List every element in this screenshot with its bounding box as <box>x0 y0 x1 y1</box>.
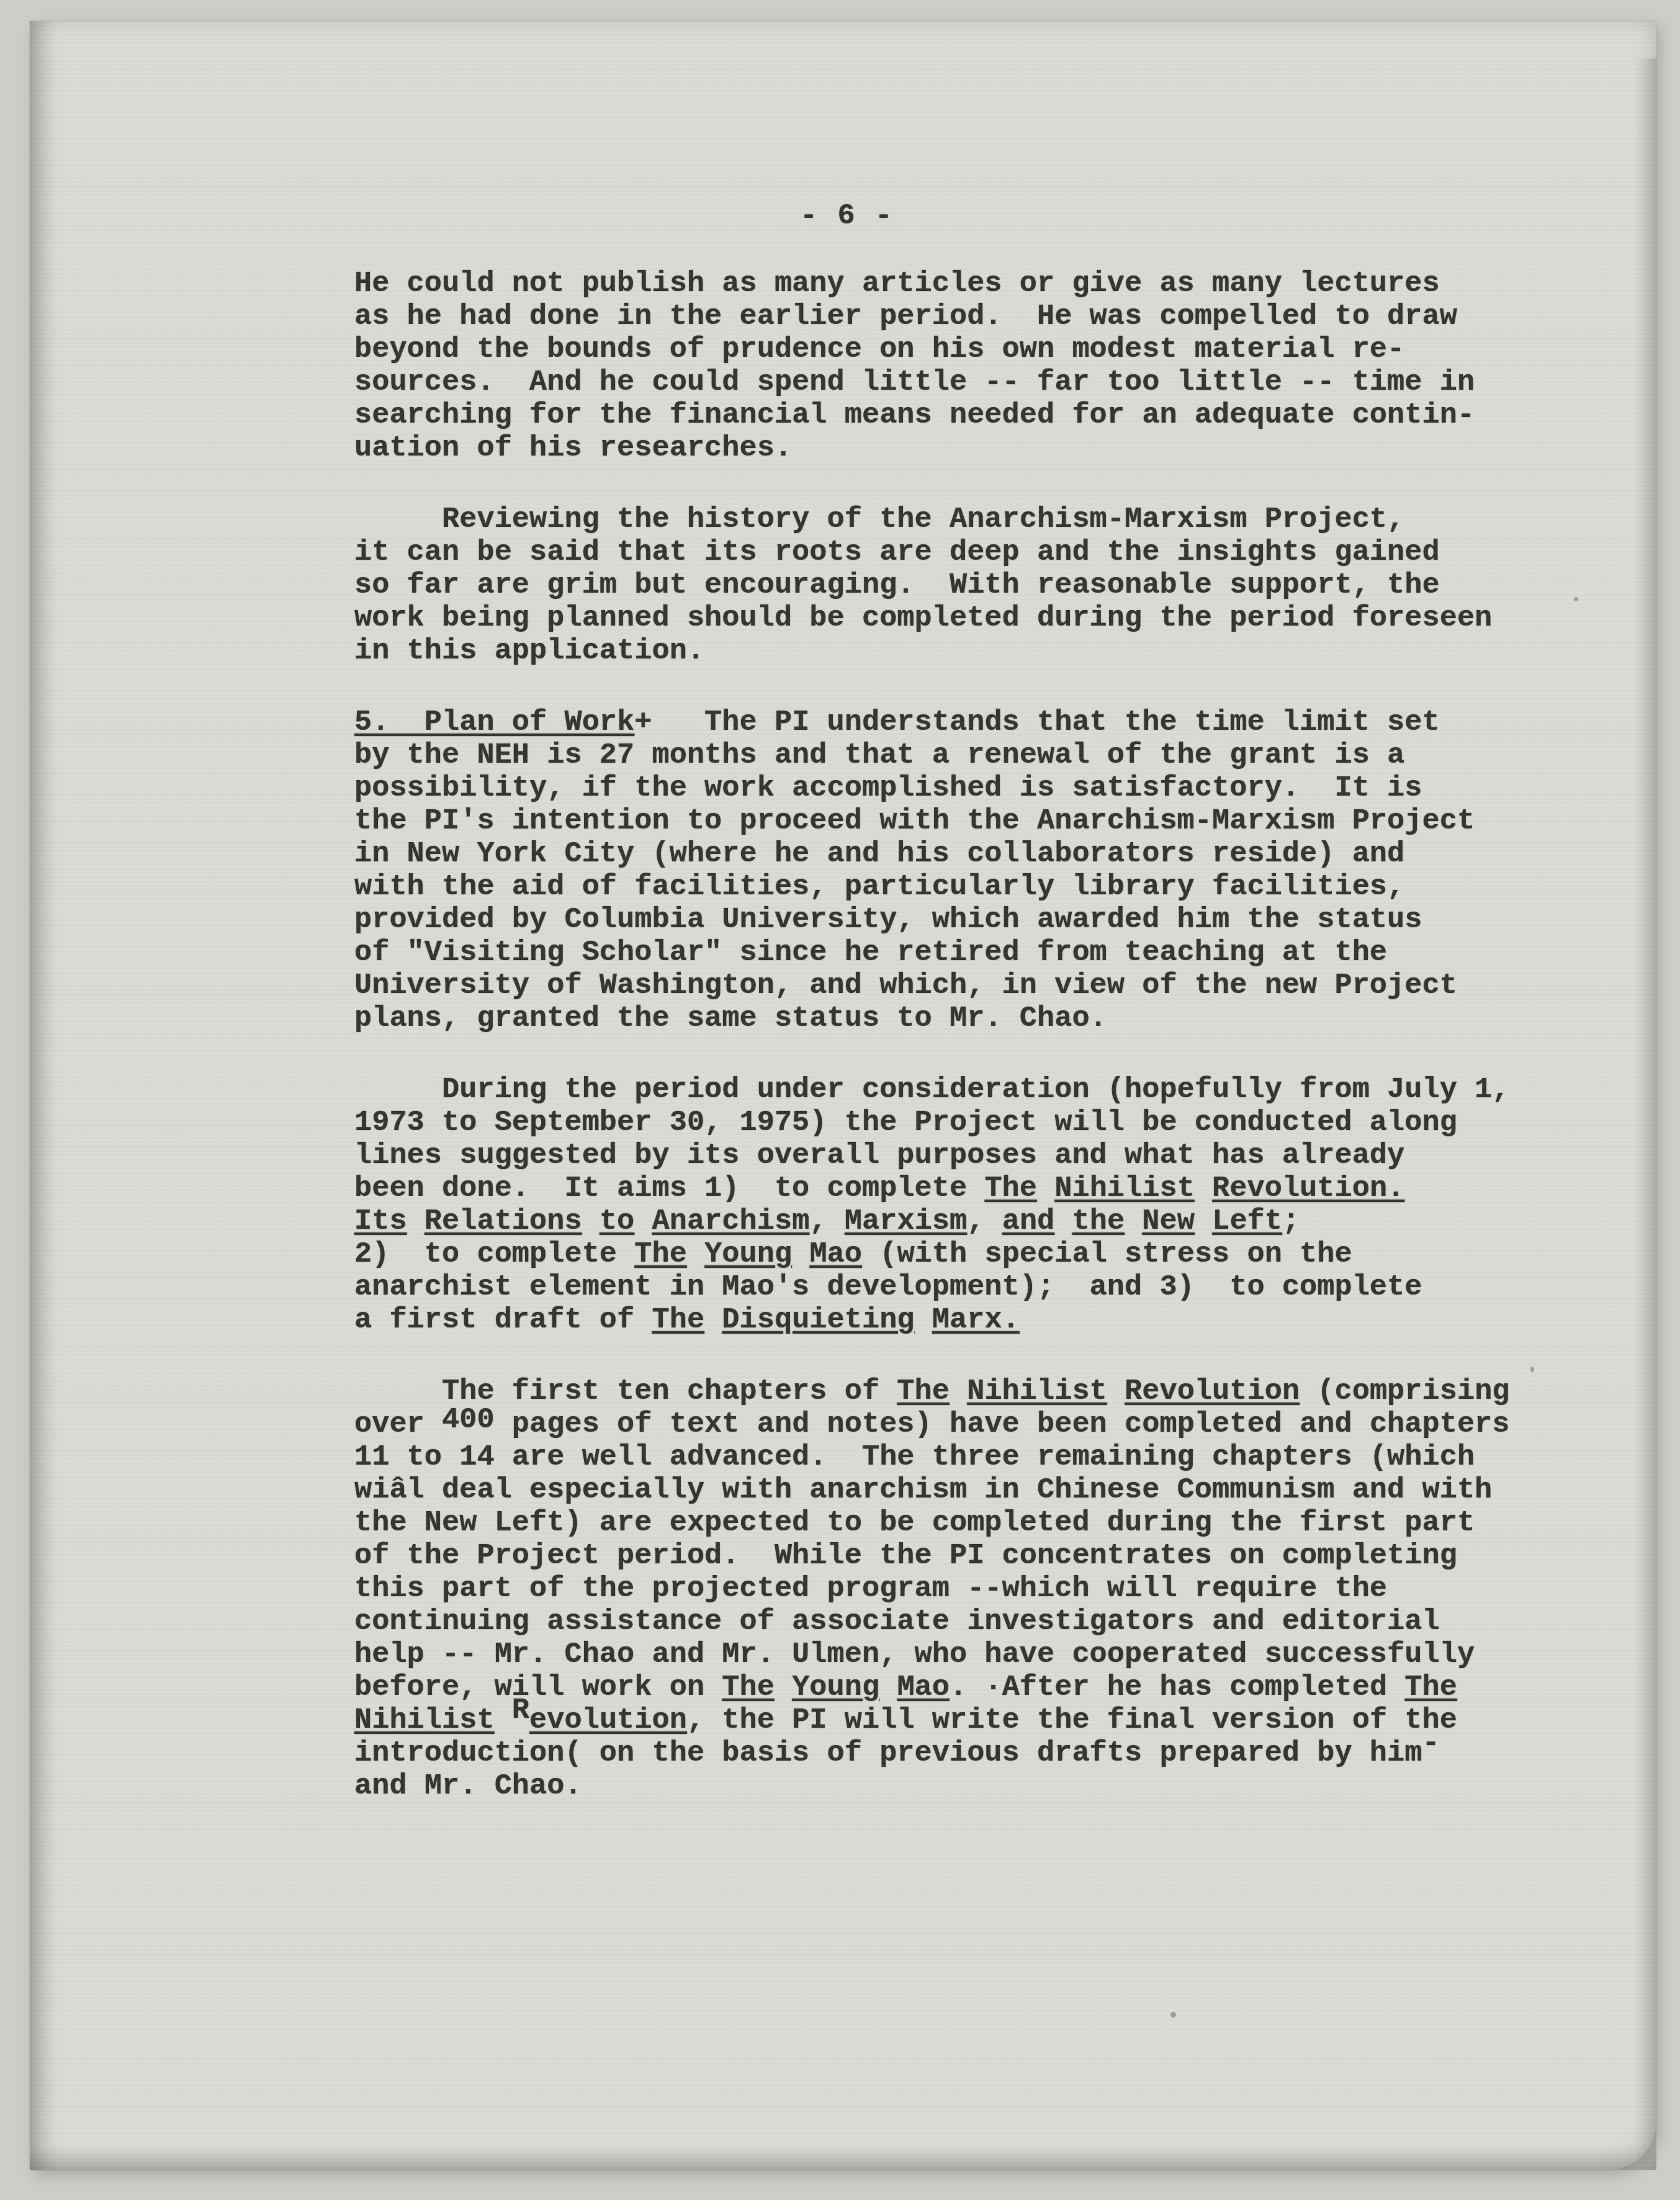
text-segment: so far are grim but encouraging. With re… <box>354 569 1440 602</box>
underlined-title-word: to <box>600 1205 634 1238</box>
text-segment: with the aid of facilities, particularly… <box>354 871 1404 904</box>
underlined-title-word: New <box>1142 1205 1195 1238</box>
text-segment: pages of text and notes) have been compl… <box>495 1408 1510 1441</box>
text-segment: work being planned should be completed d… <box>354 602 1492 635</box>
text-line: the New Left) are expected to be complet… <box>354 1507 1589 1540</box>
text-segment: The PI understands that the time limit s… <box>652 706 1440 739</box>
text-segment: a first draft of <box>354 1304 652 1337</box>
text-line: of "Visiting Scholar" since he retired f… <box>354 936 1589 969</box>
text-segment: possibility, if the work accomplished is… <box>354 772 1422 805</box>
copy-edge-bottom <box>30 2145 1656 2170</box>
text-line: 5. Plan of Work+ The PI understands that… <box>354 706 1589 739</box>
underlined-title-word: and <box>1002 1205 1055 1238</box>
raised-char: - <box>1422 1727 1439 1760</box>
text-line: Reviewing the history of the Anarchism-M… <box>354 503 1589 536</box>
document-body: He could not publish as many articles or… <box>354 267 1589 1803</box>
text-segment: + <box>634 706 652 739</box>
underlined-title-word: Nihilist <box>967 1375 1107 1408</box>
paragraph-intro: He could not publish as many articles or… <box>354 267 1589 465</box>
text-segment: help -- Mr. Chao and Mr. Ulmen, who have… <box>354 1638 1475 1671</box>
text-line: uation of his researches. <box>354 432 1589 465</box>
underlined-title-word: Mao <box>809 1238 862 1271</box>
text-line: the PI's intention to proceed with the A… <box>354 805 1589 838</box>
paragraph-period-aims: During the period under consideration (h… <box>354 1074 1589 1337</box>
text-line: so far are grim but encouraging. With re… <box>354 569 1589 602</box>
text-segment: wiâl deal especially with anarchism in C… <box>354 1474 1492 1507</box>
underlined-title-word: Relations <box>424 1205 582 1238</box>
text-segment: sources. And he could spend little -- fa… <box>354 366 1475 399</box>
text-segment: by the NEH is 27 months and that a renew… <box>354 739 1404 772</box>
text-line: in New York City (where he and his colla… <box>354 838 1589 871</box>
text-segment: this part of the projected program --whi… <box>354 1573 1387 1605</box>
text-segment: anarchist element in Mao's development);… <box>354 1271 1422 1304</box>
underlined-title-word: The <box>984 1172 1037 1205</box>
paper-sheet: - 6 - He could not publish as many artic… <box>30 21 1656 2170</box>
text-line: by the NEH is 27 months and that a renew… <box>354 739 1589 772</box>
text-segment: plans, granted the same status to Mr. Ch… <box>354 1002 1107 1035</box>
text-line: before, will work on The Young Mao. ·Aft… <box>354 1671 1589 1704</box>
text-segment: University of Washington, and which, in … <box>354 969 1457 1002</box>
text-segment: the New Left) are expected to be complet… <box>354 1507 1475 1540</box>
underlined-title-word: The <box>1404 1671 1457 1704</box>
text-segment: 1973 to September 30, 1975) the Project … <box>354 1107 1457 1139</box>
text-line: lines suggested by its overall purposes … <box>354 1139 1589 1172</box>
text-line: over 400 pages of text and notes) have b… <box>354 1408 1589 1441</box>
text-line: During the period under consideration (h… <box>354 1074 1589 1107</box>
text-segment: beyond the bounds of prudence on his own… <box>354 333 1404 366</box>
text-line: help -- Mr. Chao and Mr. Ulmen, who have… <box>354 1638 1589 1671</box>
text-segment: provided by Columbia University, which a… <box>354 904 1422 936</box>
text-line: plans, granted the same status to Mr. Ch… <box>354 1002 1589 1035</box>
underlined-title-word: The <box>722 1671 775 1704</box>
text-line: this part of the projected program --whi… <box>354 1573 1589 1605</box>
text-line: beyond the bounds of prudence on his own… <box>354 333 1589 366</box>
text-line: Its Relations to Anarchism, Marxism, and… <box>354 1205 1589 1238</box>
text-segment: (with special stress on the <box>862 1238 1352 1271</box>
copy-edge-right <box>1635 58 1656 2170</box>
underlined-title-word: Disquieting <box>722 1304 914 1337</box>
text-line: He could not publish as many articles or… <box>354 267 1589 300</box>
underlined-title-word: Nihilist <box>354 1704 495 1737</box>
copy-edge-left <box>30 21 58 2170</box>
underlined-title-word: Anarchism <box>652 1205 810 1238</box>
text-line: The first ten chapters of The Nihilist R… <box>354 1375 1589 1408</box>
text-line: anarchist element in Mao's development);… <box>354 1271 1589 1304</box>
text-line: possibility, if the work accomplished is… <box>354 772 1589 805</box>
underlined-title-word: Marxism <box>845 1205 967 1238</box>
underlined-title-word: Its <box>354 1205 407 1238</box>
text-segment: of "Visiting Scholar" since he retired f… <box>354 936 1387 969</box>
text-segment: , <box>809 1205 844 1238</box>
text-segment: 2) to complete <box>354 1238 634 1271</box>
text-line: Nihilist Revolution, the PI will write t… <box>354 1704 1589 1737</box>
typewritten-text-block: - 6 - He could not publish as many artic… <box>354 200 1589 1841</box>
underlined-title-word: Mao <box>897 1671 950 1704</box>
paragraph-history: Reviewing the history of the Anarchism-M… <box>354 503 1589 668</box>
text-line: of the Project period. While the PI conc… <box>354 1540 1589 1573</box>
text-segment: ; <box>1282 1205 1300 1238</box>
text-segment: (comprising <box>1300 1375 1509 1408</box>
text-segment: as he had done in the earlier period. He… <box>354 300 1457 333</box>
underlined-title-word: Revolution <box>1125 1375 1300 1408</box>
underlined-title-word: The <box>652 1304 704 1337</box>
text-segment: lines suggested by its overall purposes … <box>354 1139 1404 1172</box>
text-line: 11 to 14 are well advanced. The three re… <box>354 1441 1589 1474</box>
underlined-title-word: Nihilist <box>1054 1172 1195 1205</box>
underlined-title-word: Revolution. <box>1212 1172 1404 1205</box>
text-segment: The first ten chapters of <box>354 1375 897 1408</box>
underlined-title-word: The <box>897 1375 950 1408</box>
text-line: sources. And he could spend little -- fa… <box>354 366 1589 399</box>
underlined-title-word: the <box>1072 1205 1125 1238</box>
scanned-document: - 6 - He could not publish as many artic… <box>0 0 1680 2200</box>
text-segment: the PI's intention to proceed with the A… <box>354 805 1475 838</box>
underlined-text: evolution <box>529 1704 687 1737</box>
text-line: and Mr. Chao. <box>354 1770 1589 1803</box>
underlined-title-word: Left <box>1212 1205 1282 1238</box>
text-line: wiâl deal especially with anarchism in C… <box>354 1474 1589 1507</box>
text-segment: and Mr. Chao. <box>354 1770 582 1803</box>
text-line: University of Washington, and which, in … <box>354 969 1589 1002</box>
underlined-text: 5. Plan of Work <box>354 706 634 739</box>
underlined-title-word: The <box>634 1238 687 1271</box>
underlined-title-word: Young <box>792 1671 879 1704</box>
text-segment: in this application. <box>354 635 704 668</box>
raised-char: 400 <box>442 1404 495 1437</box>
scan-speck <box>1170 2012 1176 2018</box>
text-line: been done. It aims 1) to complete The Ni… <box>354 1172 1589 1205</box>
text-line: it can be said that its roots are deep a… <box>354 536 1589 569</box>
text-line: provided by Columbia University, which a… <box>354 904 1589 936</box>
text-segment: been done. It aims 1) to complete <box>354 1172 984 1205</box>
text-line: searching for the financial means needed… <box>354 399 1589 432</box>
text-segment: uation of his researches. <box>354 432 792 465</box>
text-line: as he had done in the earlier period. He… <box>354 300 1589 333</box>
text-line: work being planned should be completed d… <box>354 602 1589 635</box>
raised-char: R <box>512 1694 529 1727</box>
underlined-title-word: Young <box>704 1238 792 1271</box>
text-segment: before, will work on <box>354 1671 722 1704</box>
text-segment: continuing assistance of associate inves… <box>354 1605 1440 1638</box>
underlined-title-word: Marx. <box>932 1304 1020 1337</box>
text-segment: Reviewing the history of the Anarchism-M… <box>354 503 1404 536</box>
text-segment: . ·After he has completed <box>950 1671 1404 1704</box>
text-segment: searching for the financial means needed… <box>354 399 1475 432</box>
text-segment: , <box>967 1205 1002 1238</box>
text-line: 2) to complete The Young Mao (with speci… <box>354 1238 1589 1271</box>
section-plan-of-work: 5. Plan of Work+ The PI understands that… <box>354 706 1589 1035</box>
text-segment: it can be said that its roots are deep a… <box>354 536 1440 569</box>
text-line: with the aid of facilities, particularly… <box>354 871 1589 904</box>
text-segment <box>495 1704 512 1737</box>
page-number: - 6 - <box>800 200 1589 233</box>
paragraph-chapters-progress: The first ten chapters of The Nihilist R… <box>354 1375 1589 1803</box>
text-segment: He could not publish as many articles or… <box>354 267 1440 300</box>
text-line: in this application. <box>354 635 1589 668</box>
text-segment: in New York City (where he and his colla… <box>354 838 1404 871</box>
text-segment: of the Project period. While the PI conc… <box>354 1540 1457 1573</box>
text-segment: , the PI will write the final version of… <box>687 1704 1457 1737</box>
text-line: introduction( on the basis of previous d… <box>354 1737 1589 1770</box>
text-line: 1973 to September 30, 1975) the Project … <box>354 1107 1589 1139</box>
text-segment: 11 to 14 are well advanced. The three re… <box>354 1441 1475 1474</box>
text-line: a first draft of The Disquieting Marx. <box>354 1304 1589 1337</box>
text-segment: introduction( on the basis of previous d… <box>354 1737 1422 1770</box>
text-line: continuing assistance of associate inves… <box>354 1605 1589 1638</box>
text-segment: over <box>354 1408 442 1441</box>
text-segment: During the period under consideration (h… <box>354 1074 1510 1107</box>
